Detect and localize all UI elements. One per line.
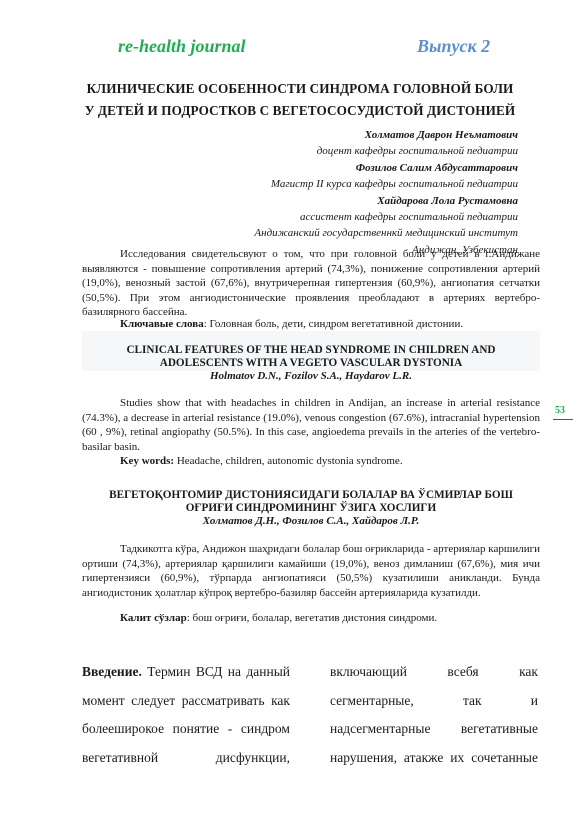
title-uz-line-1: ВЕГЕТОҚОНТОМИР ДИСТОНИЯСИДАГИ БОЛАЛАР ВА…	[82, 489, 540, 502]
author-position: доцент кафедры госпитальной педиатрии	[254, 143, 518, 159]
keywords-ru-text: : Головная боль, дети, синдром вегетатив…	[204, 318, 463, 330]
keywords-en: Key words: Headache, children, autonomic…	[120, 455, 403, 467]
title-en-line-1: CLINICAL FEATURES OF THE HEAD SYNDROME I…	[82, 344, 540, 357]
author-position: Магистр II курса кафедры госпитальной пе…	[254, 176, 518, 192]
word: как	[519, 658, 538, 687]
word: как	[271, 687, 290, 716]
abstract-uz: Тадкикотга кўра, Андижон шаҳридаги болал…	[82, 542, 540, 600]
article-title-en: CLINICAL FEATURES OF THE HEAD SYNDROME I…	[82, 344, 540, 370]
author-name: Фозилов Салим Абдусаттарович	[254, 160, 518, 176]
word: так	[463, 687, 482, 716]
word: атакже	[404, 744, 443, 773]
author-name: Холматов Даврон Неъматович	[254, 127, 518, 143]
keywords-en-text: Headache, children, autonomic dystonia s…	[174, 455, 403, 467]
abstract-ru: Исследования свидетельсвуют о том, что п…	[82, 247, 540, 320]
author-name: Хайдарова Лола Рустамовна	[254, 193, 518, 209]
word: дисфункции,	[216, 744, 290, 773]
word: сегментарные,	[330, 687, 414, 716]
intro-line: сегментарные,таки	[330, 687, 538, 716]
intro-column-right: включающийвсебякак сегментарные,таки над…	[330, 658, 538, 772]
intro-line: нарушения,атакжеихсочетанные	[330, 744, 538, 773]
word: -	[228, 715, 233, 744]
author-position: ассистент кафедры госпитальной педиатрии	[254, 209, 518, 225]
title-ru-line-1: КЛИНИЧЕСКИЕ ОСОБЕННОСТИ СИНДРОМА ГОЛОВНО…	[60, 78, 540, 100]
title-ru-line-2: У ДЕТЕЙ И ПОДРОСТКОВ С ВЕГЕТОСОСУДИСТОЙ …	[60, 100, 540, 122]
abstract-ru-text: Исследования свидетельсвуют о том, что п…	[82, 248, 540, 318]
word: вегетативные	[461, 715, 538, 744]
word: включающий	[330, 658, 407, 687]
article-title-ru: КЛИНИЧЕСКИЕ ОСОБЕННОСТИ СИНДРОМА ГОЛОВНО…	[60, 78, 540, 122]
authors-uz: Холматов Д.Н., Фозилов С.А., Хайдаров Л.…	[82, 515, 540, 527]
word: и	[531, 687, 538, 716]
intro-text: Термин ВСД на данный	[142, 664, 290, 679]
keywords-ru: Ключавые слова: Головная боль, дети, син…	[120, 318, 463, 330]
abstract-en: Studies show that with headaches in chil…	[82, 396, 540, 454]
intro-line: надсегментарныевегетативные	[330, 715, 538, 744]
word: их	[450, 744, 464, 773]
intro-line: вегетативнойдисфункции,	[82, 744, 290, 773]
page-number: 53	[555, 405, 565, 416]
intro-line: моментследуетрассматриватькак	[82, 687, 290, 716]
title-en-line-2: ADOLESCENTS WITH A VEGETO VASCULAR DYSTO…	[82, 357, 540, 370]
issue-label: Выпуск 2	[417, 36, 490, 57]
abstract-uz-text: Тадкикотга кўра, Андижон шаҳридаги болал…	[82, 543, 540, 599]
word: рассматривать	[182, 687, 265, 716]
article-title-uz: ВЕГЕТОҚОНТОМИР ДИСТОНИЯСИДАГИ БОЛАЛАР ВА…	[82, 489, 540, 515]
intro-line: болееширокоепонятие-синдром	[82, 715, 290, 744]
intro-column-left: Введение. Термин ВСД на данный моментсле…	[82, 658, 290, 772]
word: надсегментарные	[330, 715, 430, 744]
word: нарушения,	[330, 744, 397, 773]
keywords-ru-label: Ключавые слова	[120, 318, 204, 330]
word: всебя	[447, 658, 478, 687]
title-uz-line-2: ОҒРИҒИ СИНДРОМИНИНГ ЎЗИГА ХОСЛИГИ	[82, 502, 540, 515]
intro-line: включающийвсебякак	[330, 658, 538, 687]
author-block: Холматов Даврон Неъматович доцент кафедр…	[254, 127, 518, 258]
word: вегетативной	[82, 744, 158, 773]
page-number-rule	[553, 419, 573, 420]
affiliation-institute: Андижанский государственнкй медицинский …	[254, 225, 518, 241]
authors-en: Holmatov D.N., Fozilov S.A., Haydarov L.…	[82, 370, 540, 382]
journal-name: re-health journal	[118, 36, 246, 57]
keywords-uz-label: Калит сўзлар	[120, 612, 187, 624]
keywords-uz-text: : бош оғриғи, болалар, вегетатив дистони…	[187, 612, 437, 624]
word: синдром	[241, 715, 290, 744]
word: момент	[82, 687, 125, 716]
intro-label: Введение.	[82, 664, 142, 679]
word: следует	[131, 687, 175, 716]
keywords-uz: Калит сўзлар: бош оғриғи, болалар, вегет…	[120, 612, 437, 624]
abstract-en-text: Studies show that with headaches in chil…	[82, 397, 540, 453]
word: понятие	[173, 715, 220, 744]
intro-line: Введение. Термин ВСД на данный	[82, 658, 290, 687]
keywords-en-label: Key words:	[120, 455, 174, 467]
word: сочетанные	[471, 744, 538, 773]
word: болееширокое	[82, 715, 164, 744]
